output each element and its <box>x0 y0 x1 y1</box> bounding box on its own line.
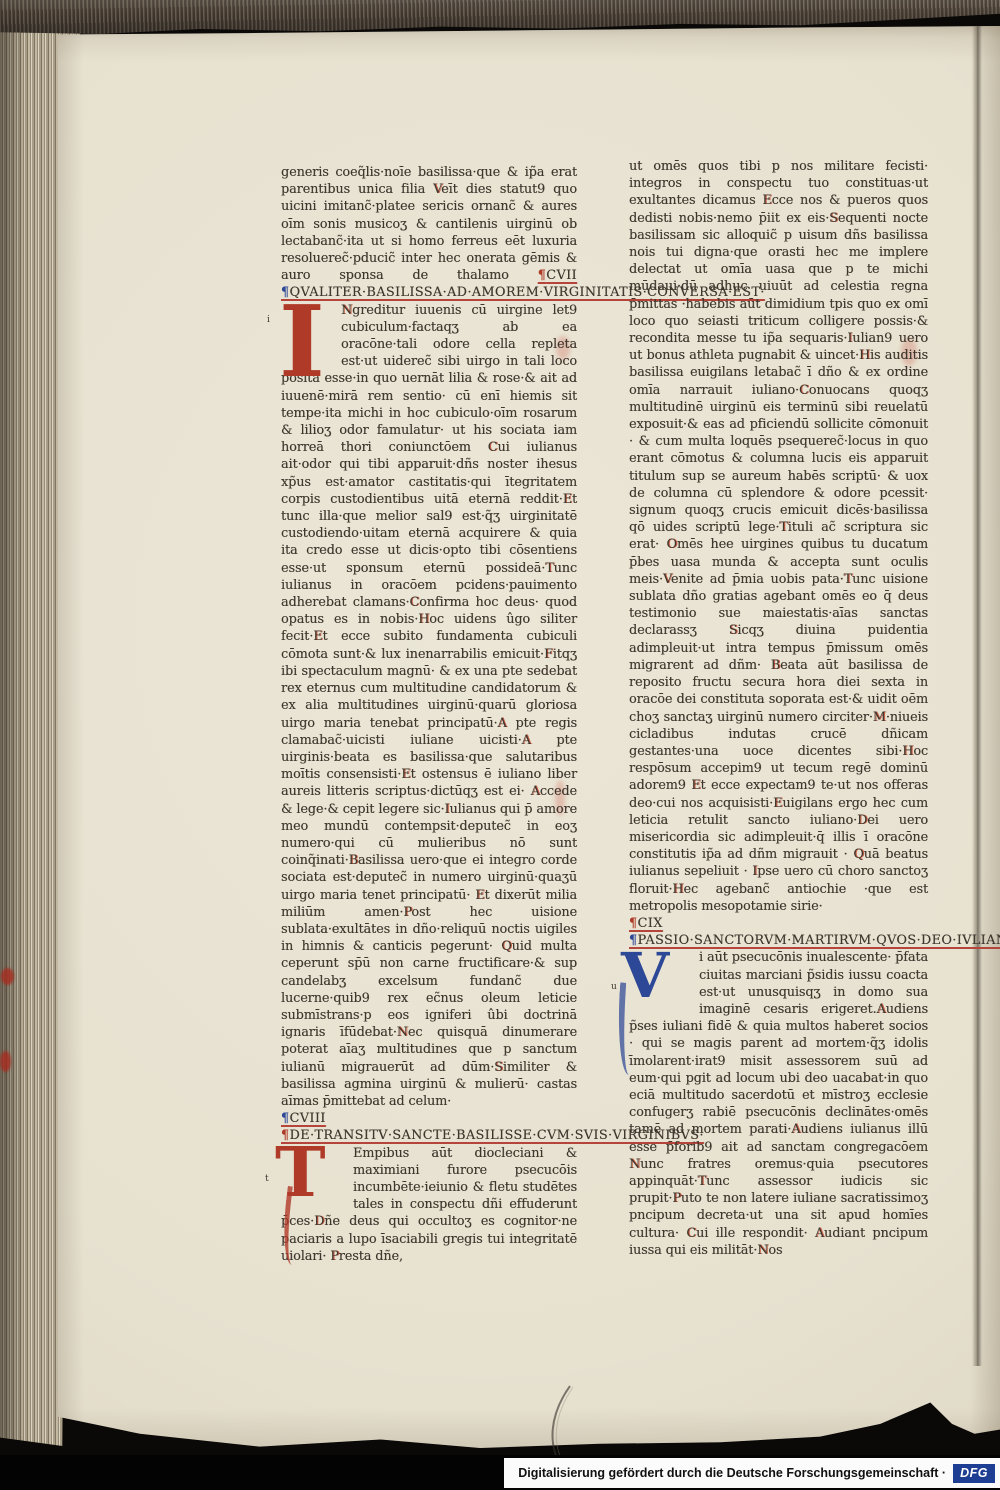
rubricated-capital: B <box>771 658 780 673</box>
rubricated-capital: Q <box>501 939 511 954</box>
gutter-crease <box>972 26 982 1366</box>
paragraph-ingreditur: IiNgreditur iuuenis cū uirgine let9 cubi… <box>281 302 577 1111</box>
dfg-logo: DFG <box>953 1464 995 1483</box>
red-edge-mark <box>0 1051 11 1072</box>
rubricated-capital: V <box>663 572 671 587</box>
rubricated-capital: D <box>314 1214 324 1229</box>
rubricated-capital: N <box>757 1243 768 1258</box>
heading-cix: ¶CIX ¶PASSIO·SANCTORVM·MARTIRVM·QVOS·DEO… <box>629 915 928 949</box>
body-text: Ngreditur iuuenis cū uirgine let9 cubicu… <box>281 303 577 1109</box>
rubricated-capital: I <box>444 802 449 817</box>
rubricated-capital: A <box>877 1002 886 1017</box>
rubricated-capital: C <box>488 440 498 455</box>
rubricated-capital: H <box>859 348 870 363</box>
rubricated-capital: T <box>545 561 553 576</box>
rubricated-capital: T <box>698 1174 706 1189</box>
illuminated-initial-T: Tt <box>281 1145 353 1197</box>
rubricated-capital: E <box>762 193 771 208</box>
paragraph-tempibus: TtEmpibus aūt diocleciani & maximiani fu… <box>281 1145 577 1265</box>
rubricated-capital: P <box>672 1191 681 1206</box>
text-column-right: ut omēs quos tibi p nos militare fecisti… <box>629 158 928 1259</box>
rubricated-capital: S <box>729 623 738 638</box>
book-photograph: generis coeq̃lis·noīe basilissa·que & ip… <box>0 0 1000 1490</box>
paragraph-vi-aut: Vui aūt psecucōnis inualescente· p̄fata … <box>629 949 928 1259</box>
pilcrow-red-icon: ¶ <box>629 916 638 931</box>
credit-text: Digitalisierung gefördert durch die Deut… <box>518 1466 946 1480</box>
rubricated-capital: P <box>330 1249 339 1264</box>
rubricated-capital: H <box>902 744 913 759</box>
rubricated-capital: A <box>497 716 506 731</box>
rubricated-capital: I <box>752 864 757 879</box>
digitization-credit: Digitalisierung gefördert durch die Deut… <box>504 1458 1000 1488</box>
rubricated-capital: E <box>691 778 700 793</box>
rubricated-capital: E <box>401 767 410 782</box>
rubricated-capital: A <box>522 733 531 748</box>
rubricated-capital: F <box>544 647 553 662</box>
paragraph-ut-omes: ut omēs quos tibi p nos militare fecisti… <box>629 158 928 915</box>
rubricated-capital: S <box>829 211 838 226</box>
rubricated-capital: V <box>433 182 441 197</box>
rubricated-capital: T <box>844 572 852 587</box>
rubricated-capital: N <box>341 303 352 318</box>
rubricated-capital: I <box>847 331 852 346</box>
rubricated-capital: S <box>494 1060 503 1075</box>
rubricated-capital: E <box>313 629 322 644</box>
text-column-left: generis coeq̃lis·noīe basilissa·que & ip… <box>281 164 577 1265</box>
rubricated-capital: D <box>857 813 867 828</box>
body-text: ut omēs quos tibi p nos militare fecisti… <box>629 159 928 914</box>
paragraph-betrothal: generis coeq̃lis·noīe basilissa·que & ip… <box>281 164 577 302</box>
rubricated-capital: E <box>475 888 484 903</box>
illuminated-initial-V: Vu <box>629 949 699 1001</box>
rubricated-capital: H <box>418 612 429 627</box>
rubricated-capital: A <box>791 1122 800 1137</box>
rubricated-capital: O <box>667 537 677 552</box>
rubricated-capital: Q <box>853 847 863 862</box>
illuminated-initial-I: Ii <box>281 302 341 370</box>
rubricated-capital: A <box>531 784 540 799</box>
red-edge-mark <box>1 968 14 985</box>
rubricated-capital: C <box>409 595 419 610</box>
rubricated-capital: H <box>672 882 683 897</box>
rubricated-capital: N <box>629 1157 640 1172</box>
rubricated-capital: A <box>815 1226 824 1241</box>
rubricated-capital: N <box>397 1025 408 1040</box>
rubricated-capital: P <box>403 905 411 920</box>
rubricated-capital: C <box>799 383 809 398</box>
footer-band: Digitalisierung gefördert durch die Deut… <box>0 1455 1000 1490</box>
pilcrow-red-icon: ¶ <box>538 268 547 283</box>
body-text: generis coeq̃lis·noīe basilissa·que & ip… <box>281 165 577 283</box>
pilcrow-blue-icon: ¶ <box>281 1111 290 1126</box>
rubricated-capital: T <box>779 520 787 535</box>
rubricated-capital: E <box>563 492 572 507</box>
rubricated-capital: B <box>349 853 358 868</box>
rubricated-capital: E <box>773 796 782 811</box>
rubricated-capital: C <box>686 1226 696 1241</box>
rubricated-capital: M <box>873 710 886 725</box>
